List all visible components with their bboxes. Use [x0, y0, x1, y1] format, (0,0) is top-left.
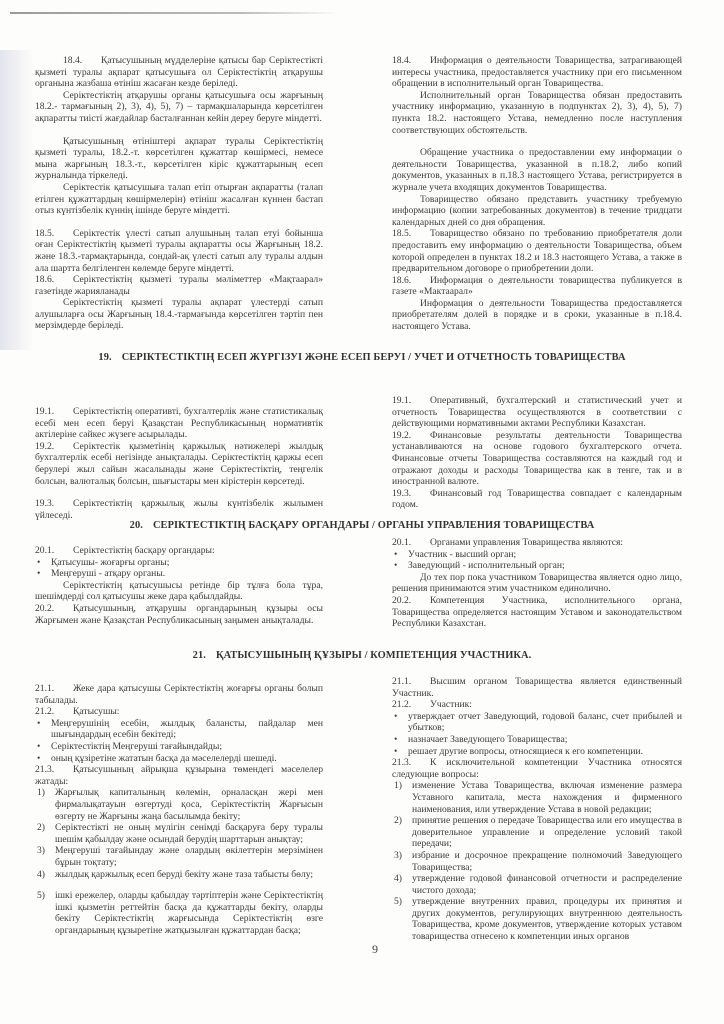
para-21-2-ru: 21.2.Участник: [392, 699, 682, 711]
section20-kazakh-column: 20.1.Серіктестіктің басқару органдары: Қ… [35, 545, 323, 626]
para-21-1-ru: 21.1.Высшим органом Товарищества являетс… [392, 676, 682, 699]
governing-bodies-list-kz: Қатысушы- жоғарғы органы; Меңгеруші - ат… [35, 557, 323, 580]
para-19-3-ru: 19.3.Финансовый год Товарищества совпада… [392, 488, 682, 511]
page-number: 9 [372, 942, 378, 957]
section21-heading: 21.ҚАТЫСУШЫНЫҢ ҚҰЗЫРЫ / КОМПЕТЕНЦИЯ УЧАС… [0, 650, 724, 661]
exclusive-competence-list-kz: 1)Жарғылық капиталының көлемін, орналасқ… [35, 787, 323, 936]
para-19-1-kz: 19.1.Серіктестіктің оперативті, бухгалте… [35, 406, 323, 441]
section18-kazakh-column: 18.4.Қатысушының мүдделеріне қатысы бар … [35, 55, 323, 332]
para-19-2-kz: 19.2.Серіктестік қызметінің қаржылық нәт… [35, 441, 323, 487]
para-18-4d-ru: Товарищество обязано представить участни… [392, 194, 682, 229]
section20-heading: 20.СЕРІКТЕСТІКТІҢ БАСҚАРУ ОРГАНДАРЫ / ОР… [0, 520, 724, 531]
section18-russian-column: 18.4.Информация о деятельности Товарищес… [392, 55, 682, 333]
para-19-3-kz: 19.3.Серіктестіктің қаржылық жылы күнтіз… [35, 498, 323, 521]
list-item: 2)Серіктестікті не оның мүлігін сенімді … [35, 822, 323, 845]
para-18-4c-kz: Қатысушының өтініштері ақпарат туралы Се… [35, 136, 323, 182]
list-item: 3)Меңгеруші тағайындау және олардың өкіл… [35, 845, 323, 868]
section21-kazakh-column: 21.1.Жеке дара қатысушы Серіктестіктің ж… [35, 683, 323, 936]
para-19-1-ru: 19.1.Оперативный, бухгалтерский и статис… [392, 395, 682, 430]
list-item: 3)избрание и досрочное прекращение полно… [392, 850, 682, 873]
para-21-1-kz: 21.1.Жеке дара қатысушы Серіктестіктің ж… [35, 683, 323, 706]
para-18-4b-kz: Серіктестіктің атқарушы органы қатысушығ… [35, 90, 323, 125]
governing-bodies-list-ru: Участник - высший орган; Заведующий - ис… [392, 549, 682, 572]
list-item: 2)принятие решения о передаче Товарищест… [392, 815, 682, 850]
para-20-1b-ru: До тех пор пока участником Товарищества … [392, 572, 682, 595]
list-item: 1)изменение Устава Товарищества, включая… [392, 780, 682, 815]
para-21-2-kz: 21.2.Қатысушы: [35, 706, 323, 718]
section21-russian-column: 21.1.Высшим органом Товарищества являетс… [392, 676, 682, 943]
para-21-3-kz: 21.3.Қатысушының айрықша құзырына төменд… [35, 764, 323, 787]
para-18-6b-ru: Информация о деятельности Товарищества п… [392, 298, 682, 333]
para-18-4d-kz: Серіктестік қатысушыға талап етіп отырға… [35, 182, 323, 217]
para-18-5-ru: 18.5.Товарищество обязано по требованию … [392, 228, 682, 274]
para-18-4-kz: 18.4.Қатысушының мүдделеріне қатысы бар … [35, 55, 323, 90]
para-19-2-ru: 19.2.Финансовые результаты деятельности … [392, 430, 682, 488]
list-item: Қатысушы- жоғарғы органы; [35, 557, 323, 569]
para-20-1-ru: 20.1.Органами управления Товарищества яв… [392, 537, 682, 549]
list-item: Заведующий - исполнительный орган; [392, 560, 682, 572]
para-18-4c-ru: Обращение участника о предоставлении ему… [392, 147, 682, 193]
para-18-6b-kz: Серіктестіктің қызметі туралы ақпарат үл… [35, 297, 323, 332]
list-item: Серіктестіктің Меңгеруші тағайындайды; [35, 741, 323, 753]
list-item: назначает Заведующего Товарищества; [392, 734, 682, 746]
list-item: 4)жылдық қаржылық есеп беруді бекіту жән… [35, 869, 323, 881]
section19-russian-column: 19.1.Оперативный, бухгалтерский и статис… [392, 395, 682, 511]
para-20-2-kz: 20.2.Қатысушының, атқарушы органдарының … [35, 603, 323, 626]
para-21-3-ru: 21.3.К исключительной компетенции Участн… [392, 757, 682, 780]
scan-top-edge [10, 12, 340, 14]
participant-powers-list-ru: утверждает отчет Заведующий, годовой бал… [392, 711, 682, 757]
para-18-6-kz: 18.6.Серіктестіктің қызметі туралы мәлім… [35, 274, 323, 297]
list-item: Меңгерушінің есебін, жылдық балансты, па… [35, 718, 323, 741]
list-item: 5)ішкі ережелер, оларды қабылдау тәртіпт… [35, 890, 323, 936]
para-18-4b-ru: Исполнительный орган Товарищества обязан… [392, 90, 682, 136]
para-18-5-kz: 18.5.Серіктестік үлесті сатып алушының т… [35, 228, 323, 274]
exclusive-competence-list-ru: 1)изменение Устава Товарищества, включая… [392, 780, 682, 942]
para-20-2-ru: 20.2.Компетенция Участника, исполнительн… [392, 595, 682, 630]
para-20-1b-kz: Серіктестіктің қатысушысы ретінде бір тұ… [35, 580, 323, 603]
list-item: 1)Жарғылық капиталының көлемін, орналасқ… [35, 787, 323, 822]
list-item: утверждает отчет Заведующий, годовой бал… [392, 711, 682, 734]
list-item: оның құзіретіне жататын басқа да мәселел… [35, 753, 323, 765]
section20-russian-column: 20.1.Органами управления Товарищества яв… [392, 537, 682, 630]
para-20-1-kz: 20.1.Серіктестіктің басқару органдары: [35, 545, 323, 557]
section19-heading: 19.СЕРІКТЕСТІКТІҢ ЕСЕП ЖҮРГІЗУІ ЖӘНЕ ЕСЕ… [0, 352, 724, 363]
para-18-6-ru: 18.6.Информация о деятельности товарищес… [392, 275, 682, 298]
list-item: Меңгеруші - атқару органы. [35, 568, 323, 580]
list-item: 5)утверждение внутренних правил, процеду… [392, 896, 682, 942]
scan-margin-shadow [0, 50, 34, 350]
list-item: 4)утверждение годовой финансовой отчетно… [392, 873, 682, 896]
para-18-4-ru: 18.4.Информация о деятельности Товарищес… [392, 55, 682, 90]
list-item: Участник - высший орган; [392, 549, 682, 561]
list-item: решает другие вопросы, относящиеся к его… [392, 746, 682, 758]
participant-powers-list-kz: Меңгерушінің есебін, жылдық балансты, па… [35, 718, 323, 764]
section19-kazakh-column: 19.1.Серіктестіктің оперативті, бухгалте… [35, 406, 323, 521]
